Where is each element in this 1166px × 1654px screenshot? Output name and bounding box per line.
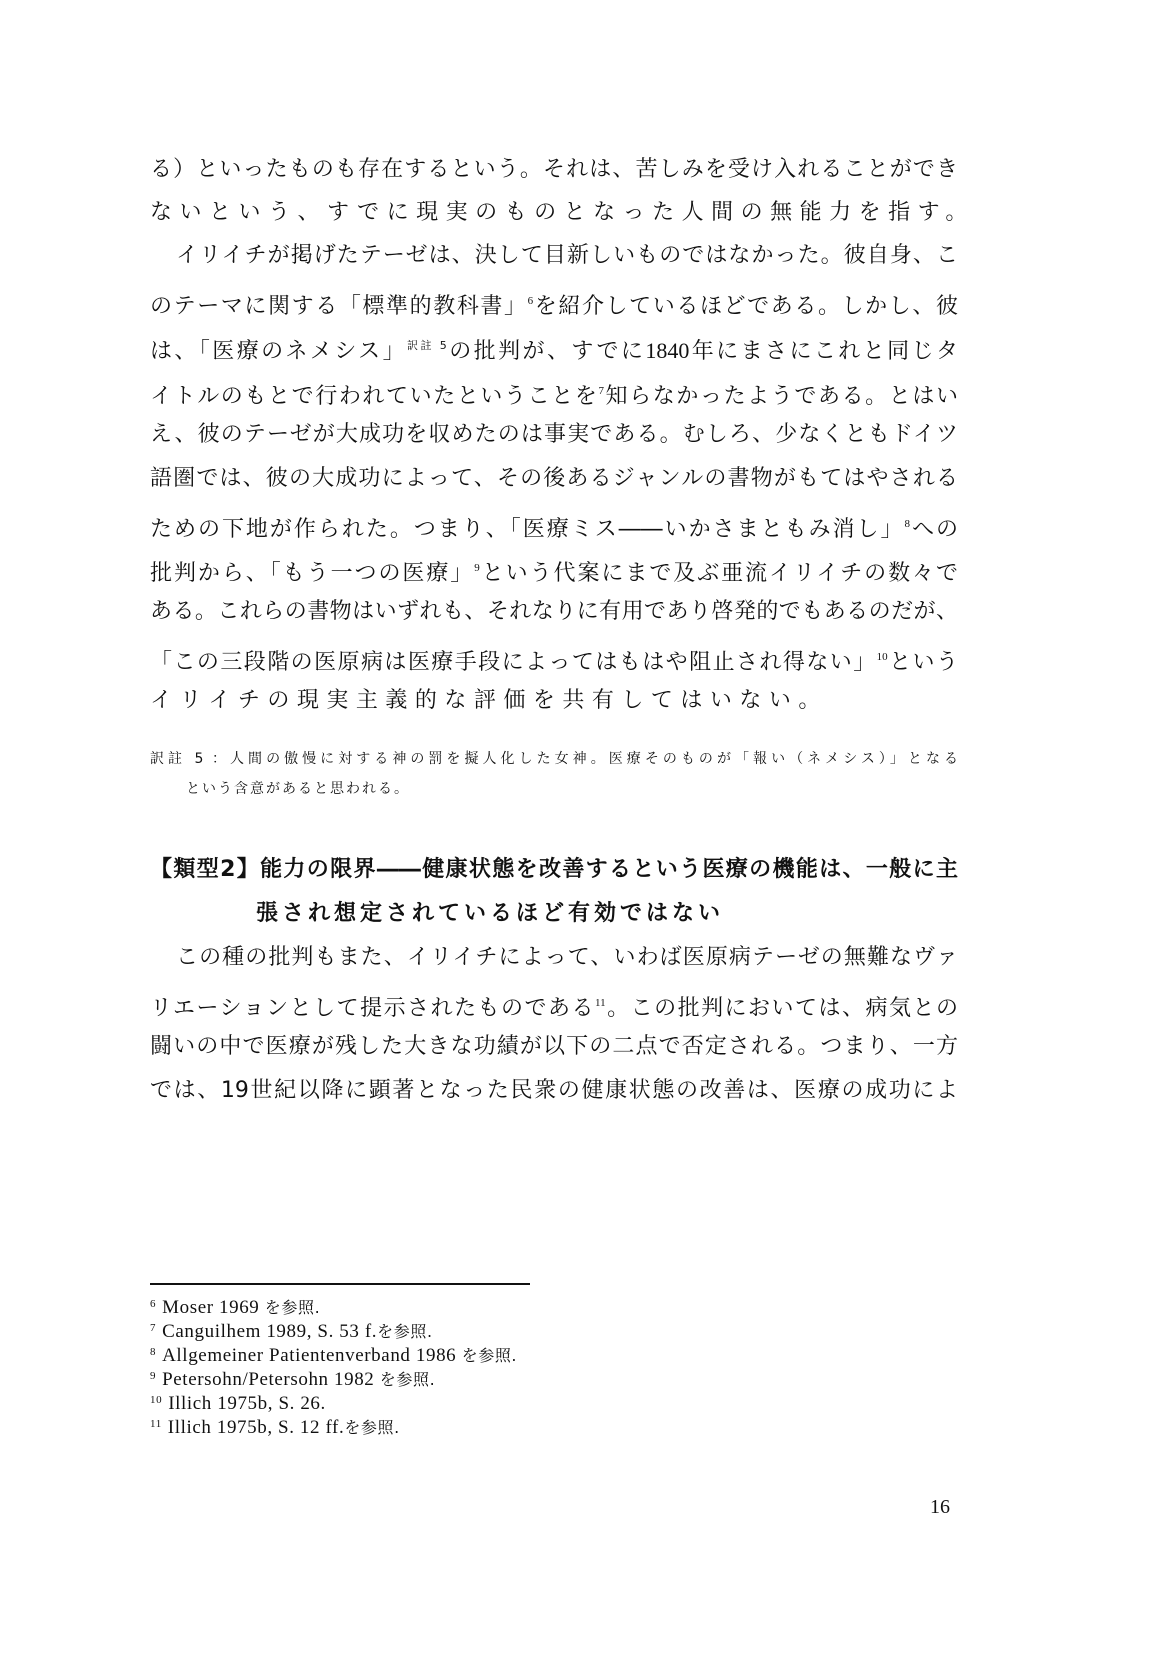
page-number: 16	[930, 1496, 950, 1519]
text: という	[888, 650, 958, 675]
text: 年にまさにこれと同じタ	[689, 339, 958, 364]
footnote-number: 11	[150, 1418, 162, 1430]
text: のテーマに関する「標準的教科書」	[150, 294, 528, 319]
body-line: リエーションとして提示されたものである11。この批判においては、病気との	[150, 983, 958, 1023]
body-line: ないという、すでに現実のものとなった人間の無能力を指す。	[150, 193, 958, 233]
footnote-text-jp: を参照.	[462, 1346, 518, 1365]
body-line: のテーマに関する「標準的教科書」6を紹介しているほどである。しかし、彼	[150, 281, 958, 321]
body-line: ある。これらの書物はいずれも、それなりに有用であり啓発的でもあるのだが、	[150, 592, 958, 632]
translator-note-continuation: という含意があると思われる。	[186, 775, 410, 803]
footnote-text-jp: を参照.	[380, 1370, 436, 1389]
year: 1840	[645, 338, 689, 363]
footnote-number: 8	[150, 1346, 156, 1358]
body-line: イリイチが掲げたテーゼは、決して目新しいものではなかった。彼自身、こ	[150, 236, 958, 276]
text: ための下地が作られた。つまり、「医療ミス――いかさまともみ消し」	[150, 517, 905, 542]
text: への	[910, 517, 958, 542]
text: 「この三段階の医原病は医療手段によってはもはや阻止され得ない」	[150, 650, 877, 675]
text: イトルのもとで行われていたということを	[150, 384, 598, 409]
text: は、「医療のネメシス」	[150, 339, 407, 364]
text: 知らなかったようである。とはい	[604, 384, 958, 409]
footnote-number: 6	[150, 1298, 156, 1310]
translator-note-ref-5[interactable]: 訳註 5	[407, 339, 447, 352]
body-line: この種の批判もまた、イリイチによって、いわば医原病テーゼの無難なヴァ	[150, 938, 958, 978]
text: 。この批判においては、病気との	[606, 996, 958, 1021]
body-line: る）といったものも存在するという。それは、苦しみを受け入れることができ	[150, 150, 958, 190]
footnote-number: 7	[150, 1322, 156, 1334]
body-line: は、「医療のネメシス」訳註 5の批判が、すでに1840年にまさにこれと同じタ	[150, 326, 958, 366]
footnote-ref-11[interactable]: 11	[595, 997, 606, 1009]
footnote-text-jp: を参照.	[265, 1298, 321, 1317]
section-heading-continuation: 張され想定されているほど有効ではない	[256, 894, 724, 934]
body-line: 語圏では、彼の大成功によって、その後あるジャンルの書物がもてはやされる	[150, 459, 958, 499]
text: を紹介しているほどである。しかし、彼	[533, 294, 958, 319]
translator-note: 訳註 5 ：人間の傲慢に対する神の罰を擬人化した女神。医療そのものが「報い（ネメ…	[150, 745, 958, 773]
footnote-ref-10[interactable]: 10	[877, 651, 888, 663]
footnote-text: Canguilhem 1989, S. 53 f.	[162, 1321, 377, 1342]
footnote-separator	[150, 1283, 530, 1285]
footnote-text: Moser 1969	[162, 1297, 265, 1318]
body-line: では、19世紀以降に顕著となった民衆の健康状態の改善は、医療の成功によ	[150, 1071, 958, 1111]
footnote-text: Petersohn/Petersohn 1982	[162, 1369, 380, 1390]
footnote-number: 9	[150, 1370, 156, 1382]
translator-note-text: 人間の傲慢に対する神の罰を擬人化した女神。医療そのものが「報い（ネメシス）」とな…	[230, 751, 958, 767]
body-line: イトルのもとで行われていたということを7知らなかったようである。とはい	[150, 371, 958, 411]
translator-note-label: 訳註 5 ：	[150, 751, 230, 767]
section-heading: 【類型2】能力の限界――健康状態を改善するという医療の機能は、一般に主	[150, 850, 958, 890]
footnote-text-jp: を参照.	[377, 1322, 433, 1341]
footnote-text: Illich 1975b, S. 12 ff.	[168, 1417, 345, 1438]
document-page: る）といったものも存在するという。それは、苦しみを受け入れることができ ないとい…	[0, 0, 1166, 1654]
text: の批判が、すでに	[447, 339, 646, 364]
text: という代案にまで及ぶ亜流イリイチの数々で	[480, 561, 958, 586]
body-line: 「この三段階の医原病は医療手段によってはもはや阻止され得ない」10という	[150, 637, 958, 677]
body-line: イリイチの現実主義的な評価を共有してはいない。	[150, 681, 958, 721]
footnote-11: 11Illich 1975b, S. 12 ff.を参照.	[150, 1412, 400, 1440]
text: リエーションとして提示されたものである	[150, 996, 595, 1021]
body-line: ための下地が作られた。つまり、「医療ミス――いかさまともみ消し」8への	[150, 504, 958, 544]
footnote-text: Allgemeiner Patientenverband 1986	[162, 1345, 462, 1366]
footnote-number: 10	[150, 1394, 162, 1406]
body-line: 闘いの中で医療が残した大きな功績が以下の二点で否定される。つまり、一方	[150, 1027, 958, 1067]
footnote-text: Illich 1975b, S. 26.	[168, 1393, 326, 1414]
body-line: 批判から、「もう一つの医療」9という代案にまで及ぶ亜流イリイチの数々で	[150, 548, 958, 588]
body-line: え、彼のテーゼが大成功を収めたのは事実である。むしろ、少なくともドイツ	[150, 415, 958, 455]
footnote-text-jp: を参照.	[344, 1418, 400, 1437]
text: 批判から、「もう一つの医療」	[150, 561, 474, 586]
